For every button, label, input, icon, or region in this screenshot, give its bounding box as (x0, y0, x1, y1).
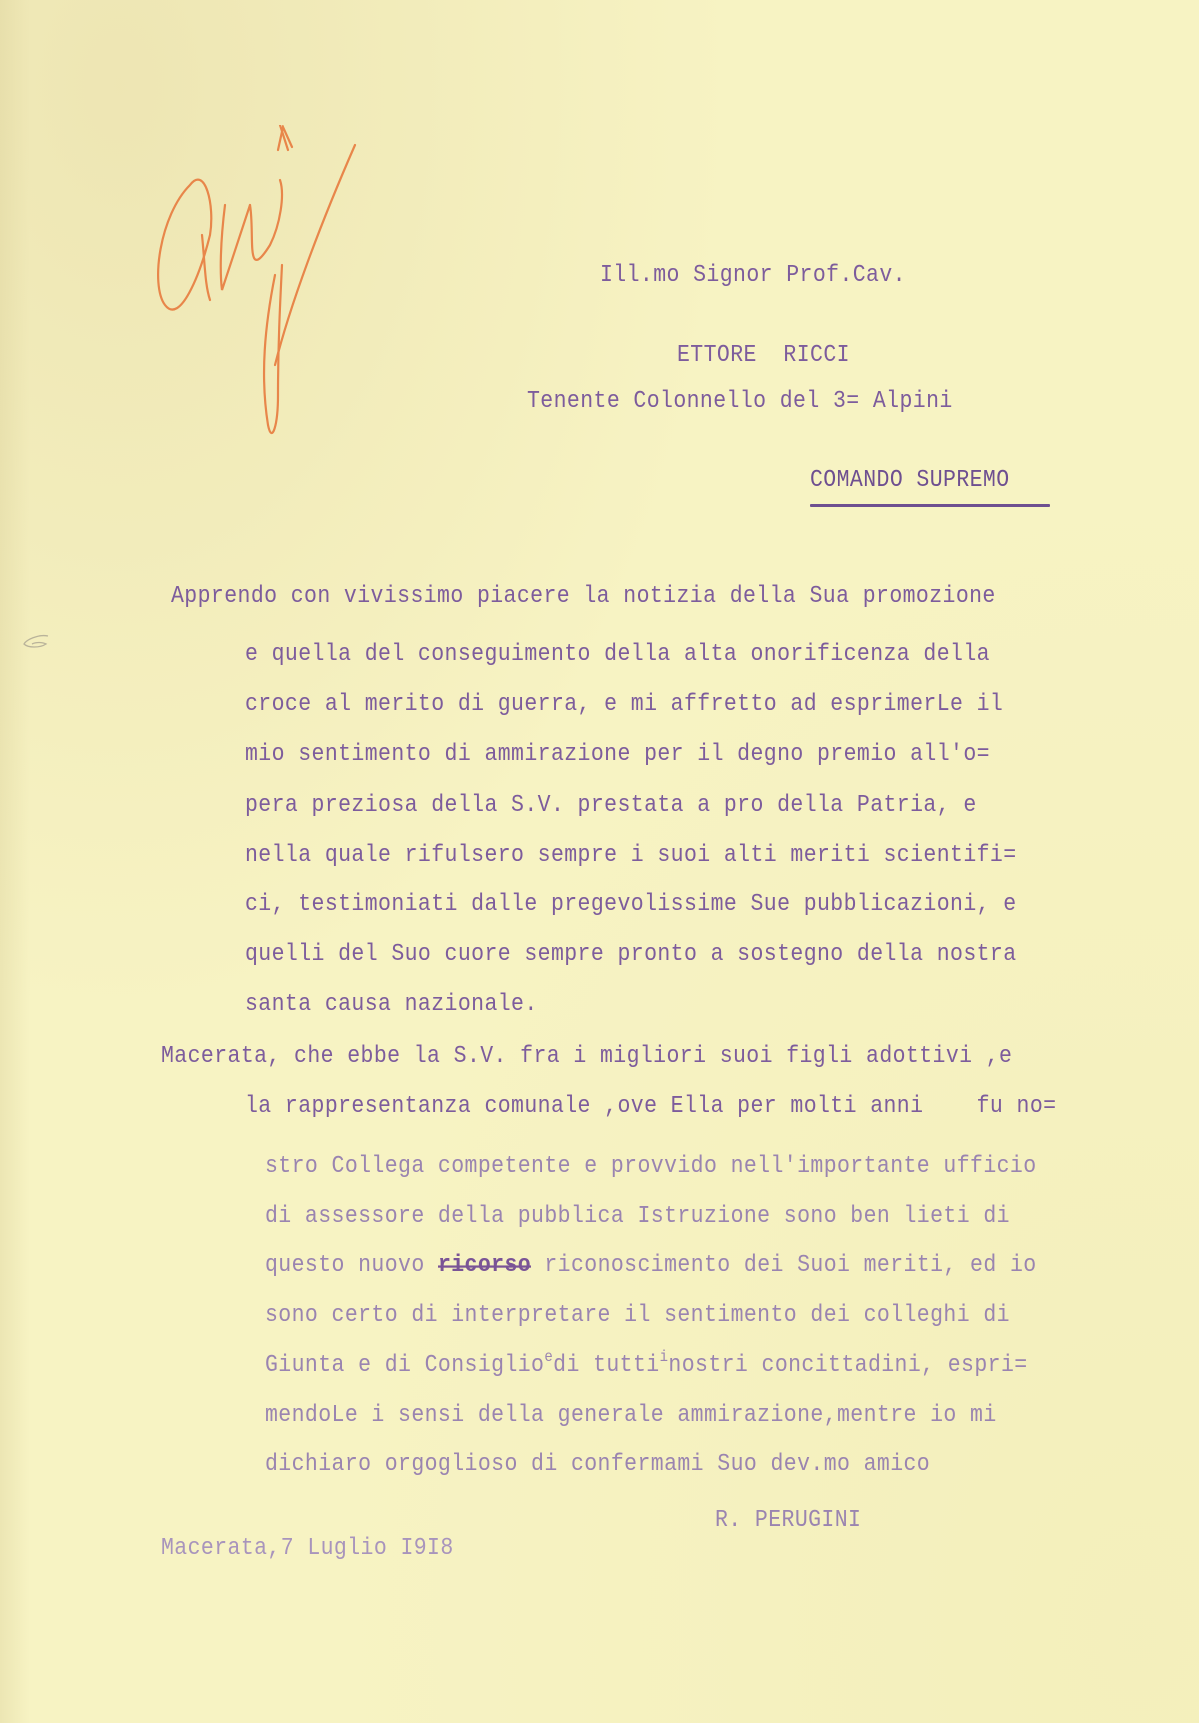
inserted-i: i (660, 1349, 669, 1367)
line14-pre: questo nuovo (265, 1252, 438, 1279)
recipient-name: ETTORE RICCI (677, 342, 850, 369)
body-line-9: santa causa nazionale. (245, 991, 538, 1018)
line16-a: Giunta e di Consiglio (265, 1352, 544, 1379)
letter-page: Ill.mo Signor Prof.Cav. ETTORE RICCI Ten… (0, 0, 1199, 1723)
recipient-office: COMANDO SUPREMO (810, 467, 1010, 494)
body-line-6: nella quale rifulsero sempre i suoi alti… (245, 842, 1017, 869)
office-underline (810, 504, 1050, 507)
body-line-14: questo nuovo ricorso riconoscimento dei … (265, 1252, 1037, 1279)
place-date: Macerata,7 Luglio I9I8 (161, 1535, 454, 1562)
body-line-4: mio sentimento di ammirazione per il deg… (245, 741, 990, 768)
margin-pencil-mark-icon (18, 632, 52, 654)
body-line-12: stro Collega competente e provvido nell'… (265, 1153, 1037, 1180)
recipient-title: Tenente Colonnello del 3= Alpini (527, 388, 953, 415)
handwritten-mark-icon (150, 125, 390, 465)
body-line-5: pera preziosa della S.V. prestata a pro … (245, 792, 977, 819)
body-line-7: ci, testimoniati dalle pregevolissime Su… (245, 891, 1017, 918)
salutation: Ill.mo Signor Prof.Cav. (600, 262, 906, 289)
struck-word: ricorso (438, 1252, 531, 1279)
body-line-17: mendoLe i sensi della generale ammirazio… (265, 1402, 997, 1429)
body-line-1: Apprendo con vivissimo piacere la notizi… (171, 583, 996, 610)
inserted-e: e (544, 1349, 553, 1367)
line16-b: di tutti (553, 1352, 659, 1379)
body-line-3: croce al merito di guerra, e mi affretto… (245, 691, 1003, 718)
body-line-13: di assessore della pubblica Istruzione s… (265, 1203, 1010, 1230)
body-line-11: la rappresentanza comunale ,ove Ella per… (245, 1093, 1056, 1120)
signature: R. PERUGINI (715, 1507, 861, 1534)
line14-post: riconoscimento dei Suoi meriti, ed io (531, 1252, 1036, 1279)
line16-c: nostri concittadini, espri= (668, 1352, 1027, 1379)
body-line-10: Macerata, che ebbe la S.V. fra i miglior… (161, 1043, 1012, 1070)
body-line-18: dichiaro orgoglioso di confermami Suo de… (265, 1451, 930, 1478)
body-line-8: quelli del Suo cuore sempre pronto a sos… (245, 941, 1017, 968)
body-line-15: sono certo di interpretare il sentimento… (265, 1302, 1010, 1329)
body-line-16: Giunta e di Consiglioedi tuttiinostri co… (265, 1352, 1028, 1379)
body-line-2: e quella del conseguimento della alta on… (245, 641, 990, 668)
